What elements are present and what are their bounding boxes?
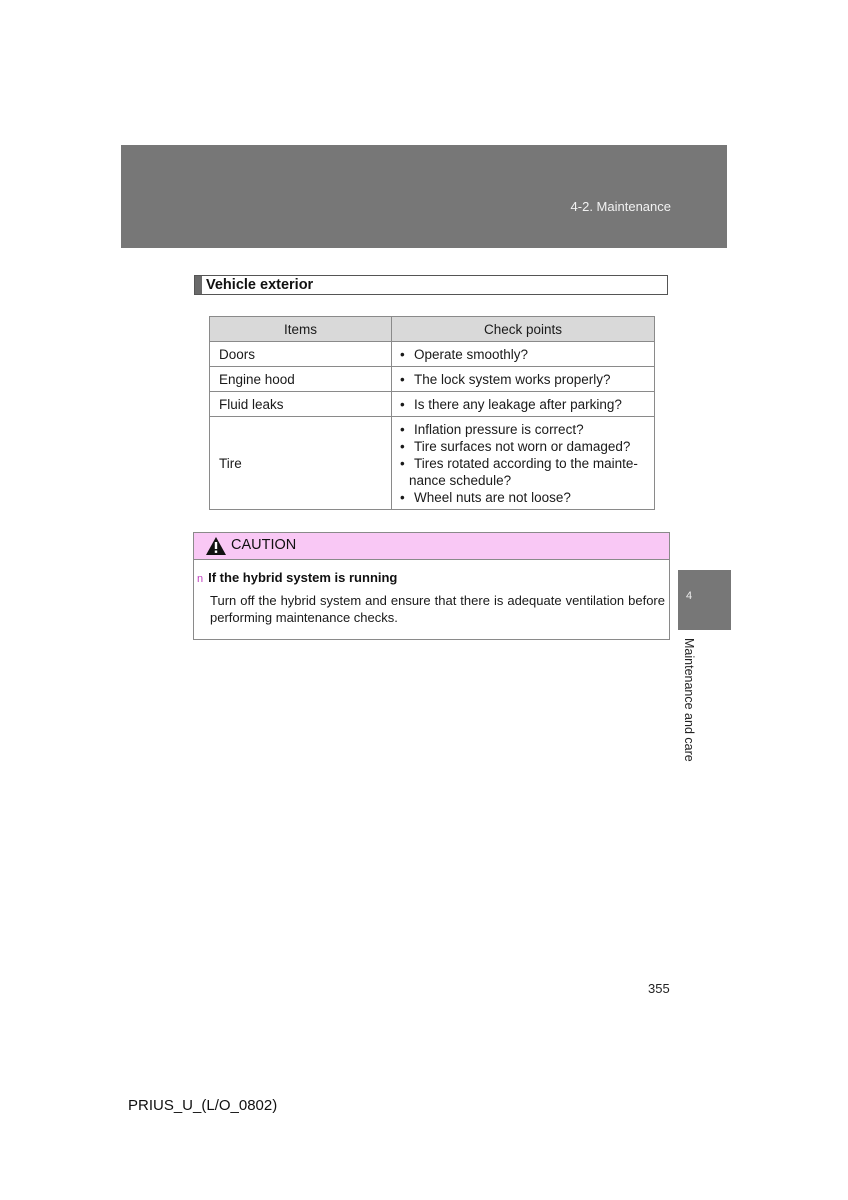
item-cell: Fluid leaks (210, 392, 392, 417)
item-cell: Tire (210, 417, 392, 510)
list-marker: n (197, 573, 203, 585)
column-header-check-points: Check points (392, 317, 655, 342)
caution-box: CAUTION nIf the hybrid system is running… (193, 532, 670, 640)
check-point: •Tires rotated according to the mainte- (400, 455, 645, 472)
chapter-header-band: 4-2. Maintenance (121, 145, 727, 248)
check-points-cell: •The lock system works properly? (392, 367, 655, 392)
section-label: 4-2. Maintenance (571, 199, 671, 214)
section-title: Vehicle exterior (194, 275, 668, 295)
caution-body: Turn off the hybrid system and ensure th… (210, 592, 665, 626)
warning-triangle-icon (206, 537, 226, 555)
check-point: •Is there any leakage after parking? (400, 396, 645, 413)
footer-code: PRIUS_U_(L/O_0802) (128, 1097, 277, 1114)
table-row: Tire •Inflation pressure is correct? •Ti… (210, 417, 655, 510)
check-point: •Operate smoothly? (400, 346, 645, 363)
check-points-cell: •Is there any leakage after parking? (392, 392, 655, 417)
table-header-row: Items Check points (210, 317, 655, 342)
check-points-cell: •Operate smoothly? (392, 342, 655, 367)
caution-label: CAUTION (231, 537, 296, 553)
check-table: Items Check points Doors •Operate smooth… (209, 316, 655, 510)
section-title-bar (195, 276, 202, 294)
item-cell: Doors (210, 342, 392, 367)
check-point-continuation: nance schedule? (400, 472, 645, 489)
check-point: •Inflation pressure is correct? (400, 421, 645, 438)
caution-header: CAUTION (194, 533, 669, 560)
chapter-title-vertical: Maintenance and care (682, 638, 696, 762)
check-point: •Tire surfaces not worn or damaged? (400, 438, 645, 455)
chapter-tab: 4 (678, 570, 731, 630)
chapter-number: 4 (686, 590, 692, 602)
page-number: 355 (648, 981, 670, 996)
caution-subheading: nIf the hybrid system is running (197, 570, 397, 585)
table-row: Doors •Operate smoothly? (210, 342, 655, 367)
check-point: •The lock system works properly? (400, 371, 645, 388)
table-row: Fluid leaks •Is there any leakage after … (210, 392, 655, 417)
check-point: •Wheel nuts are not loose? (400, 489, 645, 506)
section-title-text: Vehicle exterior (206, 277, 313, 293)
check-points-cell: •Inflation pressure is correct? •Tire su… (392, 417, 655, 510)
item-cell: Engine hood (210, 367, 392, 392)
column-header-items: Items (210, 317, 392, 342)
table-row: Engine hood •The lock system works prope… (210, 367, 655, 392)
